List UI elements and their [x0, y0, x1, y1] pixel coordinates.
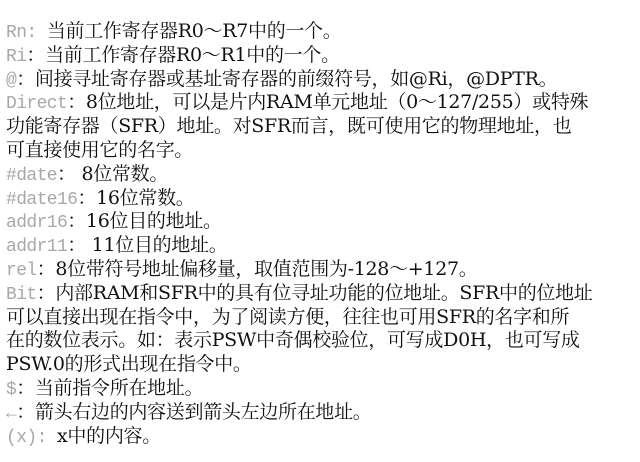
term-separator: : — [37, 428, 57, 448]
entry-arrow: ←：箭头右边的内容送到箭头左边所在地址。 — [6, 401, 634, 425]
term-description: 16位目的地址。 — [86, 210, 222, 232]
entry-date: #date： 8位常数。 — [6, 163, 634, 187]
term-description: 8位地址，可以是片内RAM单元地址（0～127/255）或特殊 — [86, 91, 588, 113]
term-label: @ — [6, 71, 16, 91]
term-separator: ： — [67, 91, 86, 113]
term-label: Ri — [6, 47, 26, 67]
entry-at: @：间接寻址寄存器或基址寄存器的前缀符号，如@Ri，@DPTR。 — [6, 68, 634, 92]
term-description: 当前工作寄存器R0～R7中的一个。 — [47, 20, 342, 42]
entry-bit-continuation: 在的数位表示。如：表示PSW中奇偶校验位，可写成D0H，也可写成 — [6, 329, 634, 353]
entry-addr16: addr16：16位目的地址。 — [6, 210, 634, 234]
term-description: x中的内容。 — [57, 425, 161, 447]
term-label: #date16 — [6, 190, 77, 210]
term-label: addr11 — [6, 237, 67, 257]
term-description: 可直接使用它的名字。 — [6, 139, 193, 161]
term-separator: ： — [16, 401, 35, 423]
entry-bit-continuation: 可以直接出现在指令中，为了阅读方便，往往也可用SFR的名字和所 — [6, 306, 634, 330]
left-arrow-icon: ← — [6, 404, 16, 424]
term-separator: ： — [37, 258, 56, 280]
entry-ri: Ri：当前工作寄存器R0～R1中的一个。 — [6, 44, 634, 68]
term-label: (x) — [6, 428, 37, 448]
term-description: 箭头右边的内容送到箭头左边所在地址。 — [35, 401, 372, 423]
symbol-definitions-document: Rn: 当前工作寄存器R0～R7中的一个。 Ri：当前工作寄存器R0～R1中的一… — [6, 20, 634, 448]
term-separator: ： — [37, 282, 56, 304]
term-label: rel — [6, 261, 37, 281]
term-separator: ： — [26, 44, 45, 66]
entry-date16: #date16：16位常数。 — [6, 187, 634, 211]
term-separator: ： — [16, 68, 35, 90]
term-description: 当前指令所在地址。 — [35, 377, 203, 399]
term-label: Bit — [6, 285, 37, 305]
term-label: addr16 — [6, 213, 67, 233]
entry-addr11: addr11： 11位目的地址。 — [6, 234, 634, 258]
term-description: 16位常数。 — [96, 187, 194, 209]
term-label: Rn — [6, 23, 26, 43]
term-label: $ — [6, 380, 16, 400]
term-description: 可以直接出现在指令中，为了阅读方便，往往也可用SFR的名字和所 — [6, 306, 569, 328]
entry-bit: Bit：内部RAM和SFR中的具有位寻址功能的位地址。SFR中的位地址 — [6, 282, 634, 306]
term-label: Direct — [6, 94, 67, 114]
entry-dollar: $：当前指令所在地址。 — [6, 377, 634, 401]
term-description: 11位目的地址。 — [92, 234, 228, 256]
term-description: 8位常数。 — [81, 163, 168, 185]
term-description: PSW.0的形式出现在指令中。 — [6, 353, 252, 375]
entry-rel: rel：8位带符号地址偏移量，取值范围为-128～+127。 — [6, 258, 634, 282]
entry-bit-continuation: PSW.0的形式出现在指令中。 — [6, 353, 634, 377]
term-separator: : — [26, 23, 46, 43]
term-description: 在的数位表示。如：表示PSW中奇偶校验位，可写成D0H，也可写成 — [6, 329, 580, 351]
term-separator: ： — [16, 377, 35, 399]
term-separator: ： — [57, 163, 81, 185]
entry-rn: Rn: 当前工作寄存器R0～R7中的一个。 — [6, 20, 634, 44]
term-description: 内部RAM和SFR中的具有位寻址功能的位地址。SFR中的位地址 — [55, 282, 592, 304]
entry-contents-of-x: (x): x中的内容。 — [6, 425, 634, 449]
entry-direct: Direct：8位地址，可以是片内RAM单元地址（0～127/255）或特殊 — [6, 91, 634, 115]
entry-direct-continuation: 功能寄存器（SFR）地址。对SFR而言，既可使用它的物理地址，也 — [6, 115, 634, 139]
term-separator: ： — [77, 187, 96, 209]
term-separator: ： — [67, 210, 86, 232]
term-label: #date — [6, 166, 57, 186]
term-description: 8位带符号地址偏移量，取值范围为-128～+127。 — [55, 258, 477, 280]
term-description: 功能寄存器（SFR）地址。对SFR而言，既可使用它的物理地址，也 — [6, 115, 571, 137]
term-description: 当前工作寄存器R0～R1中的一个。 — [45, 44, 340, 66]
entry-direct-continuation: 可直接使用它的名字。 — [6, 139, 634, 163]
term-description: 间接寻址寄存器或基址寄存器的前缀符号，如@Ri，@DPTR。 — [35, 68, 557, 90]
term-separator: ： — [67, 234, 91, 256]
